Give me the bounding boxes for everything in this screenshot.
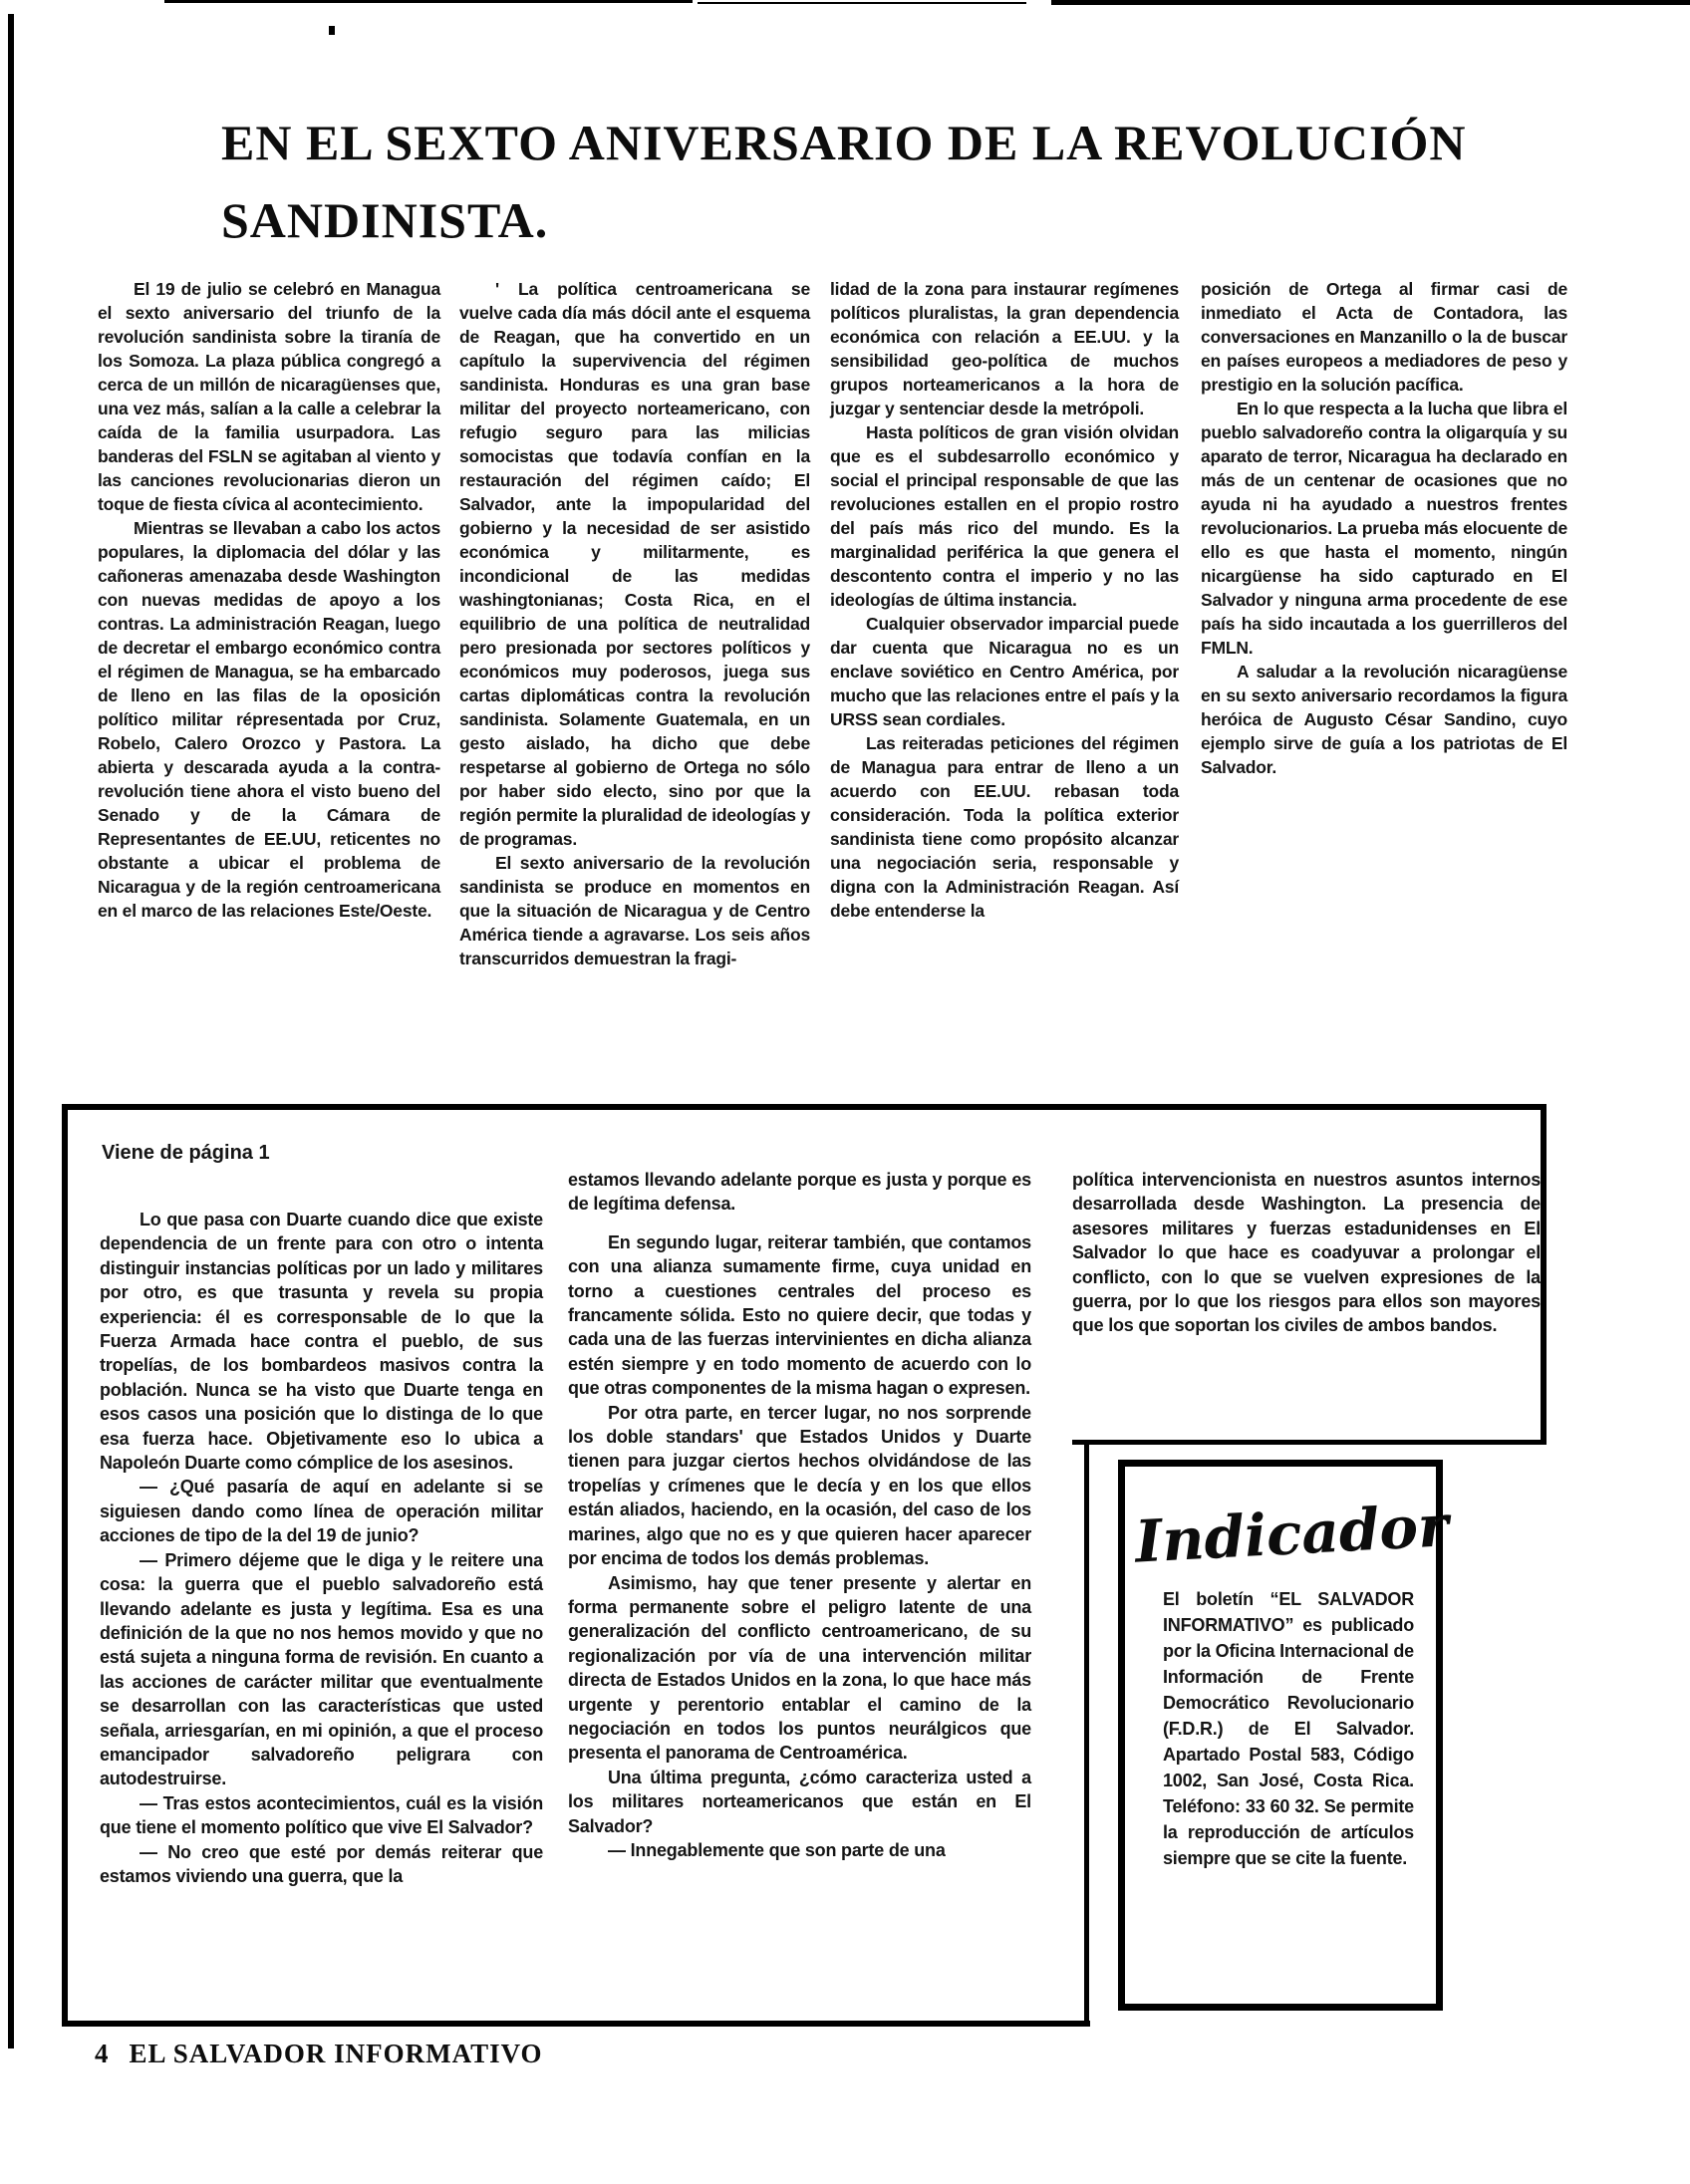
paragraph: — Primero déjeme que le diga y le reiter… — [100, 1548, 543, 1791]
box-border-notch-horizontal — [1072, 1440, 1547, 1445]
paragraph: A saludar a la revolución nicaragüense e… — [1201, 660, 1567, 779]
scan-artifact-speck — [329, 26, 335, 35]
paragraph: ' La política centroamericana se vuelve … — [459, 277, 810, 851]
paragraph: — Innegablemente que son parte de una — [568, 1838, 1031, 1862]
headline: EN EL SEXTO ANIVERSARIO DE LA REVOLUCIÓN… — [221, 104, 1497, 259]
article-column-3: lidad de la zona para instaurar regímene… — [830, 277, 1179, 970]
paragraph: Cualquier observador imparcial puede dar… — [830, 612, 1179, 731]
box-border-notch-vertical — [1084, 1440, 1089, 2027]
paragraph: Una última pregunta, ¿cómo caracteriza u… — [568, 1766, 1031, 1838]
box-border-top — [62, 1104, 1547, 1110]
paragraph: El 19 de julio se celebró en Managua el … — [98, 277, 440, 516]
publication-name: EL SALVADOR INFORMATIVO — [130, 2039, 543, 2068]
continuation-column-1: Lo que pasa con Duarte cuando dice que e… — [100, 1208, 543, 1888]
article-body: El 19 de julio se celebró en Managua el … — [98, 277, 1567, 970]
paragraph: Lo que pasa con Duarte cuando dice que e… — [100, 1208, 543, 1475]
scan-artifact-top-line — [1051, 0, 1690, 5]
page-footer: 4EL SALVADOR INFORMATIVO — [95, 2039, 543, 2069]
article-column-1: El 19 de julio se celebró en Managua el … — [98, 277, 440, 970]
continued-from-kicker: Viene de página 1 — [102, 1142, 270, 1165]
paragraph: Hasta políticos de gran visión olvidan q… — [830, 420, 1179, 612]
paragraph: — Tras estos acontecimientos, cuál es la… — [100, 1791, 543, 1840]
paragraph: estamos llevando adelante porque es just… — [568, 1168, 1031, 1217]
paragraph: lidad de la zona para instaurar regímene… — [830, 277, 1179, 420]
continuation-column-3: política intervencionista en nuestros as… — [1072, 1168, 1541, 1338]
paragraph: Mientras se llevaban a cabo los actos po… — [98, 516, 440, 923]
article-column-4: posición de Ortega al firmar casi de inm… — [1201, 277, 1567, 970]
paragraph: Las reiteradas peticiones del régimen de… — [830, 731, 1179, 923]
paragraph: — ¿Qué pasaría de aquí en adelante si se… — [100, 1475, 543, 1547]
paragraph: Asimismo, hay que tener presente y alert… — [568, 1571, 1031, 1766]
indicador-title: Indicador — [1134, 1495, 1428, 1573]
scan-artifact-left-edge — [8, 14, 14, 2048]
paragraph: En lo que respecta a la lucha que libra … — [1201, 397, 1567, 660]
paragraph: política intervencionista en nuestros as… — [1072, 1168, 1541, 1338]
page-number: 4 — [95, 2039, 110, 2068]
paragraph: — No creo que esté por demás reiterar qu… — [100, 1840, 543, 1889]
box-border-left — [62, 1104, 68, 2027]
paragraph: El sexto aniversario de la revolución sa… — [459, 851, 810, 970]
scan-artifact-top-line — [164, 0, 693, 3]
scanned-newspaper-page: EN EL SEXTO ANIVERSARIO DE LA REVOLUCIÓN… — [0, 0, 1690, 2184]
indicador-box: Indicador El boletín “EL SALVADOR INFORM… — [1118, 1460, 1443, 2011]
paragraph: posición de Ortega al firmar casi de inm… — [1201, 277, 1567, 397]
scan-artifact-top-line — [698, 2, 1026, 4]
box-border-bottom — [62, 2021, 1090, 2027]
article-column-2: ' La política centroamericana se vuelve … — [459, 277, 810, 970]
continuation-box: Viene de página 1 Lo que pasa con Duarte… — [62, 1104, 1547, 2027]
continuation-column-2: estamos llevando adelante porque es just… — [568, 1168, 1031, 1862]
indicador-body: El boletín “EL SALVADOR INFORMATIVO” es … — [1163, 1586, 1414, 1871]
paragraph: En segundo lugar, reiterar también, que … — [568, 1230, 1031, 1401]
paragraph: Por otra parte, en tercer lugar, no nos … — [568, 1401, 1031, 1571]
box-border-right — [1541, 1104, 1547, 1445]
